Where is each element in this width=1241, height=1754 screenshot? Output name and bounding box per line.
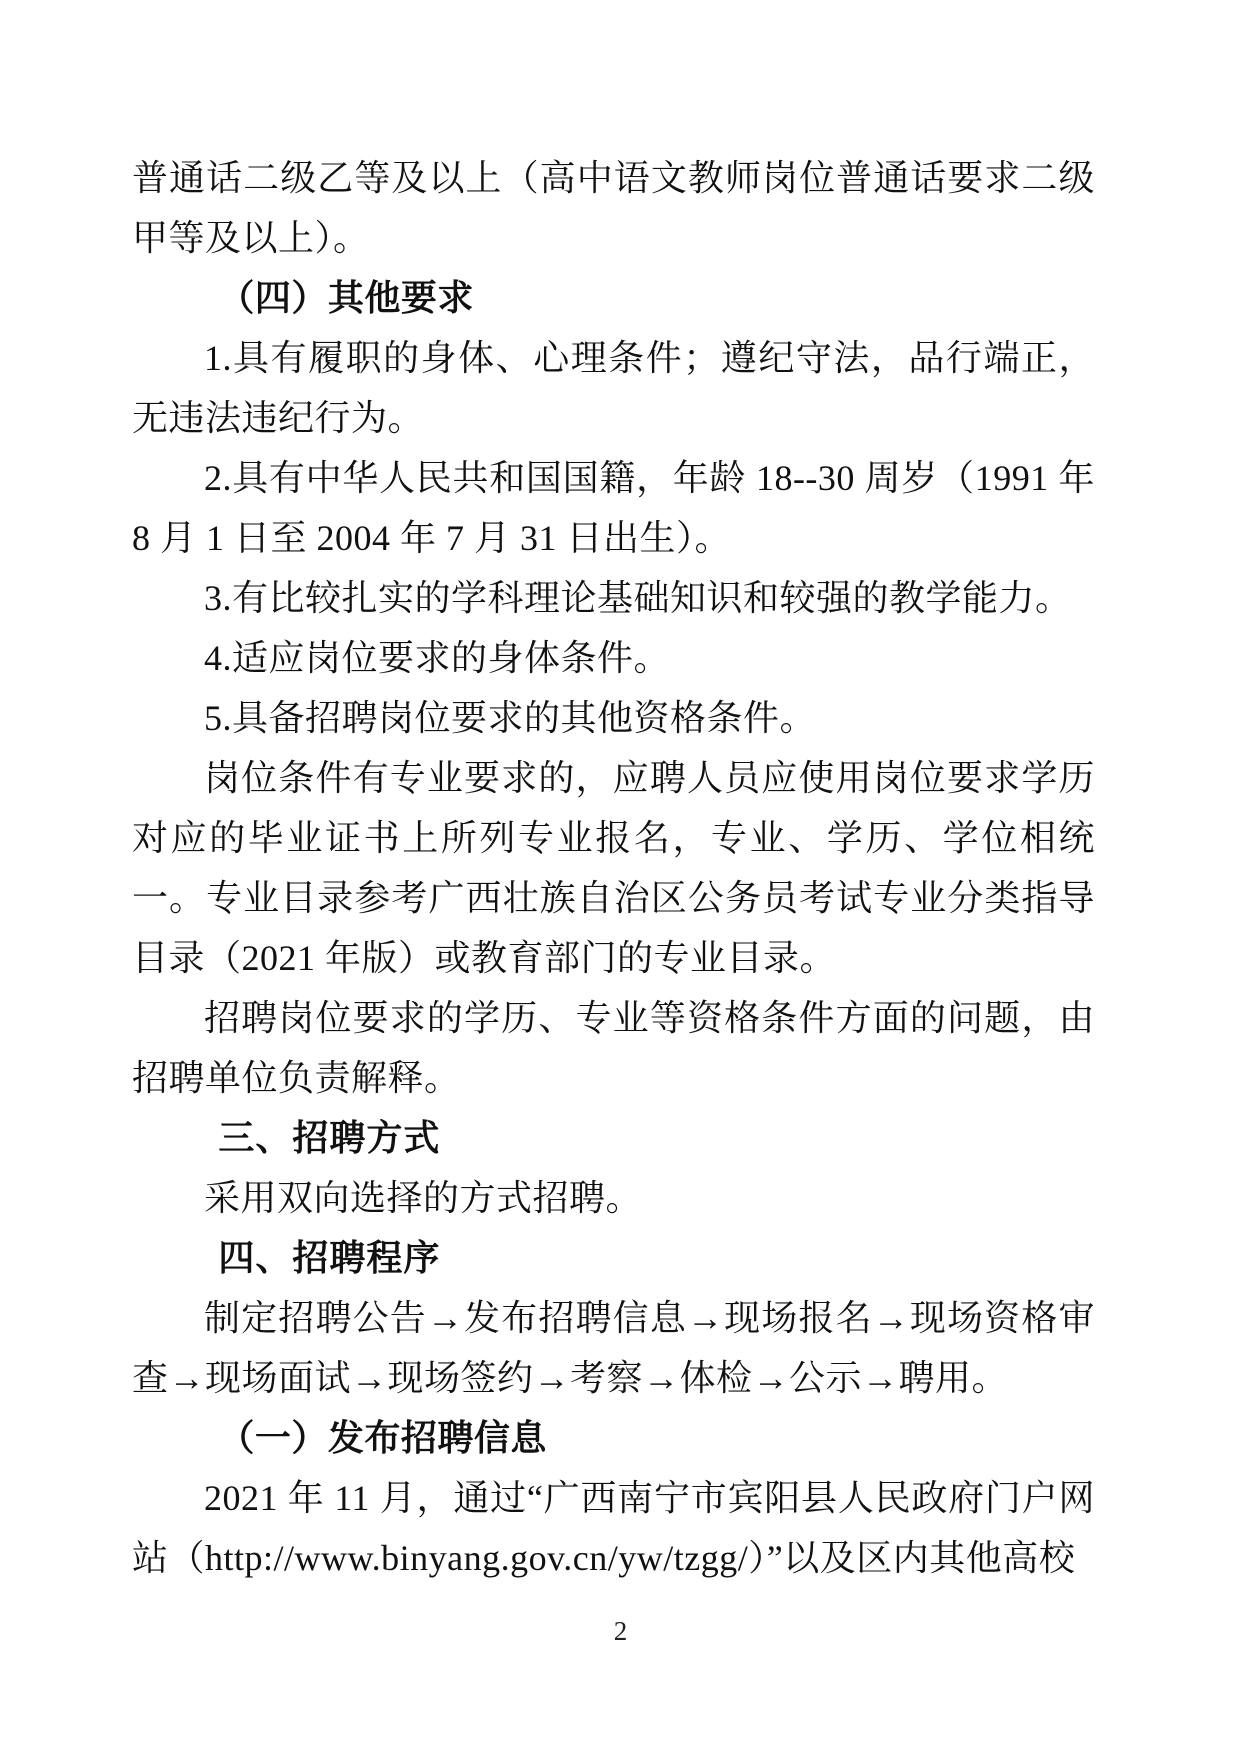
- paragraph-procedure-flow: 制定招聘公告→发布招聘信息→现场报名→现场资格审查→现场面试→现场签约→考察→体…: [132, 1288, 1095, 1408]
- document-body: 普通话二级乙等及以上（高中语文教师岗位普通话要求二级甲等及以上）。 （四）其他要…: [132, 148, 1095, 1588]
- paragraph-item-2: 2.具有中华人民共和国国籍，年龄 18--30 周岁（1991 年 8 月 1 …: [132, 448, 1095, 568]
- paragraph-item-4: 4.适应岗位要求的身体条件。: [132, 628, 1095, 688]
- paragraph-item-5: 5.具备招聘岗位要求的其他资格条件。: [132, 688, 1095, 748]
- heading-recruitment-method: 三、招聘方式: [132, 1108, 1095, 1168]
- heading-other-requirements: （四）其他要求: [132, 268, 1095, 328]
- paragraph-item-1: 1.具有履职的身体、心理条件；遵纪守法，品行端正，无违法违纪行为。: [132, 328, 1095, 448]
- heading-publish-info: （一）发布招聘信息: [132, 1408, 1095, 1468]
- paragraph-method-detail: 采用双向选择的方式招聘。: [132, 1168, 1095, 1228]
- page-number: 2: [0, 1616, 1241, 1647]
- paragraph-item-3: 3.有比较扎实的学科理论基础知识和较强的教学能力。: [132, 568, 1095, 628]
- paragraph-major-catalog: 岗位条件有专业要求的，应聘人员应使用岗位要求学历对应的毕业证书上所列专业报名，专…: [132, 748, 1095, 988]
- document-page: 普通话二级乙等及以上（高中语文教师岗位普通话要求二级甲等及以上）。 （四）其他要…: [0, 0, 1241, 1754]
- heading-recruitment-procedure: 四、招聘程序: [132, 1228, 1095, 1288]
- paragraph-continuation: 普通话二级乙等及以上（高中语文教师岗位普通话要求二级甲等及以上）。: [132, 148, 1095, 268]
- paragraph-publish-detail: 2021 年 11 月，通过“广西南宁市宾阳县人民政府门户网站（http://w…: [132, 1468, 1095, 1588]
- paragraph-unit-explanation: 招聘岗位要求的学历、专业等资格条件方面的问题，由招聘单位负责解释。: [132, 988, 1095, 1108]
